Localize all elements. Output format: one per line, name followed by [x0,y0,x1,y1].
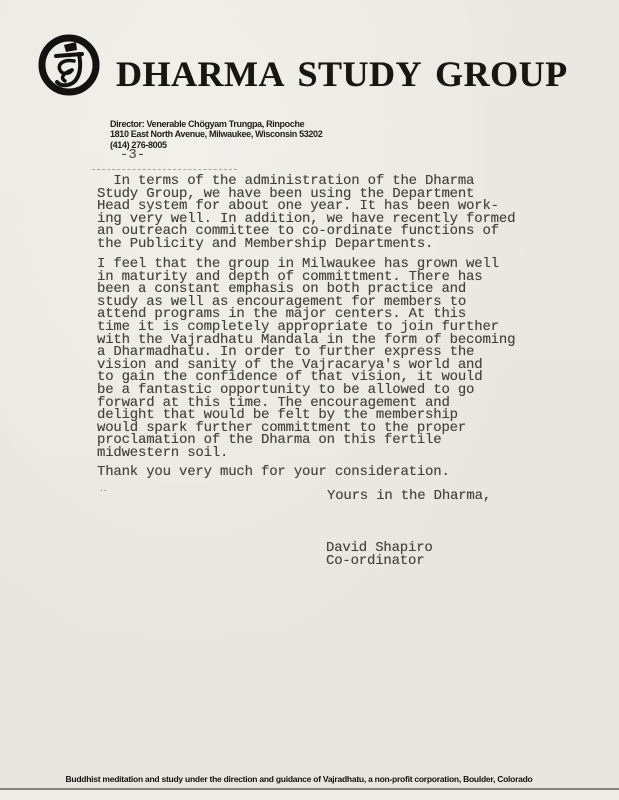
signature-block: David Shapiro Co-ordinator [326,542,433,567]
letter-paragraph-2: I feel that the group in Milwaukee has g… [97,258,515,460]
scan-bottom-strip [0,790,619,800]
letter-paragraph-3: Thank you very much for your considerati… [97,466,450,479]
letterhead-contact-block: Director: Venerable Chögyam Trungpa, Rin… [110,119,322,150]
address-line: 1810 East North Avenue, Milwaukee, Wisco… [110,129,322,139]
director-line: Director: Venerable Chögyam Trungpa, Rin… [110,119,322,129]
dharma-study-group-seal-icon [36,33,102,99]
organization-title: DHARMA STUDY GROUP [116,56,568,92]
letter-paragraph-1: In terms of the administration of the Dh… [97,175,515,251]
scanned-letter-page: DHARMA STUDY GROUP Director: Venerable C… [0,0,619,800]
scan-dashed-line [92,169,237,170]
scan-speck: .. [100,483,108,494]
page-number: -3- [120,149,145,162]
letterhead-footer: Buddhist meditation and study under the … [0,774,598,784]
letter-closing: Yours in the Dharma, [327,490,491,503]
